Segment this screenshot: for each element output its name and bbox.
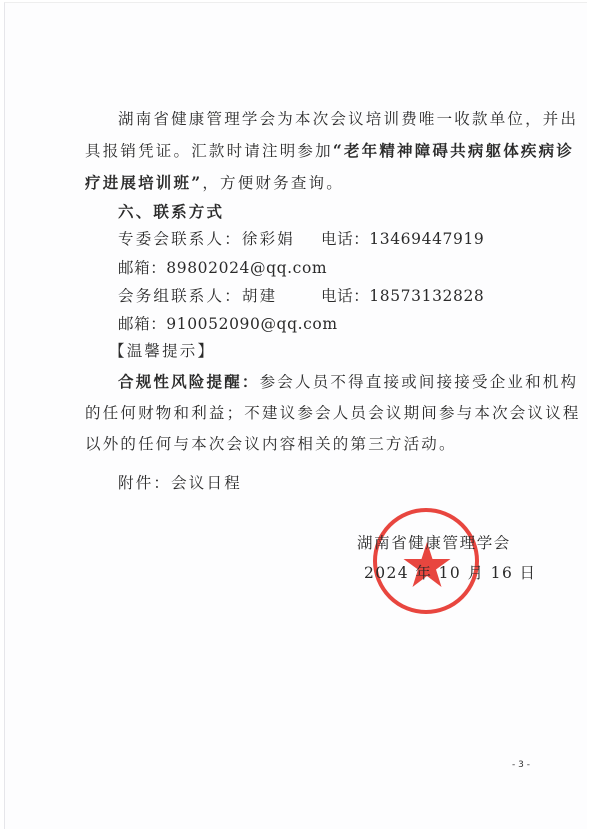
official-seal — [373, 508, 479, 614]
notice-line-1: 合规性风险提醒：参会人员不得直接或间接接受企业和机构 — [118, 372, 578, 392]
signing-organization: 湖南省健康管理学会 — [357, 533, 511, 553]
contact-email-2: 邮箱：910052090@qq.com — [118, 314, 338, 334]
document-page: 湖南省健康管理学会为本次会议培训费唯一收款单位，并出 具报销凭证。汇款时请注明参… — [4, 2, 587, 829]
payment-paragraph-line-1: 湖南省健康管理学会为本次会议培训费唯一收款单位，并出 — [118, 109, 578, 129]
signing-date: 2024 年 10 月 16 日 — [364, 563, 536, 583]
payment-paragraph-line-2: 具报销凭证。汇款时请注明参加“老年精神障碍共病躯体疾病诊 — [85, 141, 574, 161]
contact-person-1: 专委会联系人：徐彩娟 — [118, 230, 295, 248]
notice-heading: 【温馨提示】 — [109, 341, 215, 361]
notice-text: 参会人员不得直接或间接接受企业和机构 — [260, 373, 579, 391]
contact-phone-1: 电话：13469447919 — [321, 229, 484, 249]
contact-person-2: 会务组联系人：胡建 — [118, 286, 277, 306]
compliance-reminder-label: 合规性风险提醒： — [118, 372, 260, 391]
notice-line-3: 以外的任何与本次会议内容相关的第三方活动。 — [85, 434, 457, 454]
notice-line-2: 的任何财物和利益；不建议参会人员会议期间参与本次会议议程 — [85, 403, 581, 423]
training-course-name-cont: 疗进展培训班” — [85, 173, 202, 192]
training-course-name: “老年精神障碍共病躯体疾病诊 — [333, 141, 574, 160]
contact-row-1: 专委会联系人：徐彩娟 — [118, 229, 295, 249]
contact-section-heading: 六、联系方式 — [118, 202, 224, 222]
payment-paragraph-text: 具报销凭证。汇款时请注明参加 — [85, 142, 333, 160]
contact-email-1: 邮箱：89802024@qq.com — [118, 258, 327, 278]
payment-paragraph-text: ，方便财务查询。 — [202, 174, 344, 192]
contact-phone-2: 电话：18573132828 — [321, 286, 484, 306]
page-number: - 3 - — [512, 760, 530, 770]
payment-paragraph-line-3: 疗进展培训班”，方便财务查询。 — [85, 173, 344, 193]
attachment-note: 附件：会议日程 — [118, 473, 242, 493]
